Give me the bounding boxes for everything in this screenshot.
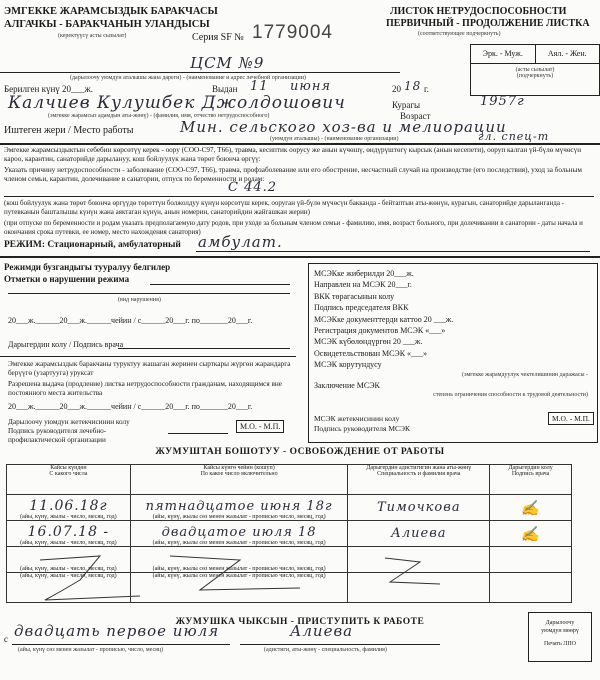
issue-year-suffix: г.	[424, 84, 429, 94]
msek-sent-kg[interactable]: МСЭКке жиберилди 20___ж.	[314, 268, 592, 279]
violations-dates[interactable]: 20___ж.______20___ж.______чейин / с_____…	[8, 316, 252, 325]
msek-conclusion-kg[interactable]: МСЭК корутундусу	[314, 359, 592, 370]
msek-head-sign-ru: Подпись руководителя МСЭК	[314, 424, 410, 433]
violations-input[interactable]	[150, 284, 290, 285]
title-kg-caption: (керектүүсү асты сызылат)	[58, 33, 126, 39]
return-doctor-caption: (адистиги, аты-жөнү - специальность, фам…	[264, 647, 387, 653]
permission-dates[interactable]: 20___ж.______20___ж.______чейин / с_____…	[8, 402, 252, 411]
release-header-row: Кайсы күндөнС какого числа Кайсы күнгө ч…	[7, 465, 572, 495]
regime-label: РЕЖИМ: Стационарный, амбулаторный	[4, 240, 181, 250]
lpo-stamp-box: Дарылоочу уюмдун мөөрү Печать ЛПО	[528, 612, 592, 662]
row-to[interactable]: пятнадцатое июня 18г	[131, 499, 348, 514]
msek-head-sign-kg: МСЭК жетекчисинин колу	[314, 414, 399, 423]
issue-day[interactable]: 11	[250, 79, 269, 94]
violations-doctor-sign: Дарыгердин колу / Подпись врача	[8, 340, 123, 349]
col-from-ru: С какого числа	[7, 471, 130, 477]
msek-lines: МСЭКке жиберилди 20___ж. Направлен на МС…	[314, 268, 592, 400]
issue-year[interactable]: 18	[404, 79, 421, 93]
row-to[interactable]: двадцатое июля 18	[131, 525, 348, 540]
strikeout-marks	[0, 540, 600, 610]
gender-caption-ru: (подчеркнуть)	[471, 73, 599, 79]
msek-examined-kg[interactable]: МСЭК күбөлөндүргөн 20 ___ж.	[314, 336, 592, 347]
title-ru-2: ПЕРВИЧНЫЙ - ПРОДОЛЖЕНИЕ ЛИСТКА	[386, 18, 590, 29]
organization-caption: (дарылоочу уюмдун аталышы жана дареги) -…	[70, 75, 306, 81]
title-ru-1: ЛИСТОК НЕТРУДОСПОСОБНОСТИ	[390, 6, 566, 17]
series-label: Серия SF №	[192, 32, 244, 43]
work-label: Иштеген жери / Место работы	[4, 125, 133, 136]
patient-age[interactable]: 1957г	[480, 94, 525, 109]
violation-type-caption: (вид нарушения)	[118, 297, 161, 303]
msek-registration-ru[interactable]: Регистрация документов МСЭК «___»	[314, 325, 592, 336]
row-to-caption: (айы, күнү, жылы сөз менен жазылат - про…	[131, 514, 348, 520]
row-doctor[interactable]: Алиева	[348, 526, 489, 541]
msek-examined-ru[interactable]: Освидетельствован МСЭК «___»	[314, 348, 592, 359]
msek-caption-2: степень ограничения способности к трудов…	[314, 391, 592, 400]
row-doctor[interactable]: Тимочкова	[348, 500, 489, 515]
cause-text-kg: Эмгекке жарамсыздыктын себебин көрсөтүү …	[4, 146, 594, 164]
title-kg-2: АЛГАЧКЫ - БАРАКЧАНЫН УЛАНДЫСЫ	[4, 19, 210, 30]
gender-female[interactable]: Аял. - Жен.	[536, 45, 600, 63]
gender-box: Эрк. - Муж. Аял. - Жен. (асты сызылат) (…	[470, 44, 600, 96]
cause-text-ru: Указать причину нетрудоспособности - заб…	[4, 166, 594, 184]
violations-doctor-sign-field[interactable]	[118, 348, 290, 349]
issue-month[interactable]: июня	[290, 79, 331, 94]
msek-conclusion-ru[interactable]: Заключение МСЭК	[314, 380, 592, 391]
permission-text-ru: Разрешена выдача (продление) листка нетр…	[8, 380, 293, 398]
row-sign[interactable]: ✍	[490, 499, 571, 517]
patient-name[interactable]: Калчиев Кулушбек Джолдошович	[8, 93, 346, 113]
work-value-2[interactable]: гл. спец-т	[478, 130, 549, 143]
cause-note-kg: (кош бойлуулук жана төрөт боюнча өргүүдө…	[4, 199, 594, 217]
diagnosis-code[interactable]: С 44.2	[228, 180, 277, 195]
permission-stamp: М.О. - М.П.	[236, 420, 284, 433]
msek-caption-1: (эмгекке жарамдуулук чектелишинин даража…	[314, 371, 592, 380]
violations-title-kg: Режимди бузгандыгы тууралуу белгилер	[4, 262, 170, 272]
vkk-sign-kg[interactable]: ВКК төрагасынын колу	[314, 291, 592, 302]
row-from[interactable]: 16.07.18 -	[7, 524, 130, 540]
row-from[interactable]: 11.06.18г	[7, 498, 130, 514]
organization-value[interactable]: ЦСМ №9	[190, 54, 264, 72]
msek-registration-kg[interactable]: МСЭКке документтерди каттоо 20 ___ж.	[314, 314, 592, 325]
col-sign-ru: Подпись врача	[490, 471, 571, 477]
table-row: 11.06.18г(айы, күнү, жылы - число, месяц…	[7, 495, 572, 521]
permission-head-sign-ru: Подпись руководителя лечебно-профилактич…	[8, 427, 128, 444]
permission-text-kg: Эмгекке жарамсыздык баракчаны туруктуу ж…	[8, 360, 293, 378]
col-to-ru: По какое число включительно	[131, 471, 348, 477]
issue-year-prefix: 20	[392, 84, 401, 94]
lpo-stamp-ru: Печать ЛПО	[529, 641, 591, 647]
permission-head-sign-field[interactable]	[168, 433, 228, 434]
msek-stamp: М.О. - М.П.	[548, 412, 594, 425]
return-date[interactable]: двадцать первое июля	[14, 622, 219, 640]
violations-title-ru: Отметки о нарушении режима	[4, 274, 129, 284]
gender-male[interactable]: Эрк. - Муж.	[471, 45, 536, 63]
lpo-stamp-kg: Дарылоочу уюмдун мөөрү	[540, 619, 580, 635]
age-label-kg: Курагы	[392, 100, 420, 110]
work-caption: (уюмдун аталышы) - (наименование организ…	[270, 136, 399, 142]
permission-head-sign-kg: Дарылоочу уюмдун жетекчисинин колу	[8, 418, 168, 427]
return-date-caption: (айы, күнү сөз менен жазылат - прописью,…	[18, 647, 163, 653]
release-title: ЖУМУШТАН БОШОТУУ - ОСВОБОЖДЕНИЕ ОТ РАБОТ…	[0, 447, 600, 457]
msek-sent-ru[interactable]: Направлен на МСЭК 20___г.	[314, 279, 592, 290]
return-doctor[interactable]: Алиева	[290, 622, 353, 640]
return-prefix: с	[4, 634, 8, 644]
vkk-sign-ru: Подпись председателя ВКК	[314, 302, 592, 313]
row-from-caption: (айы, күнү, жылы - число, месяц, год)	[7, 514, 130, 520]
title-kg-1: ЭМГЕККЕ ЖАРАМСЫЗДЫК БАРАКЧАСЫ	[4, 6, 218, 17]
cause-note-ru: (при отпуске по беременности и родам ука…	[4, 219, 594, 237]
regime-value[interactable]: амбулат.	[198, 233, 283, 251]
title-ru-caption: (соответствующее подчеркнуть)	[418, 31, 500, 37]
col-doctor-ru: Специальность и фамилия врача	[348, 471, 489, 477]
form-number: 1779004	[252, 22, 333, 44]
work-value[interactable]: Мин. сельского хоз-ва и мелиорации	[180, 118, 507, 136]
